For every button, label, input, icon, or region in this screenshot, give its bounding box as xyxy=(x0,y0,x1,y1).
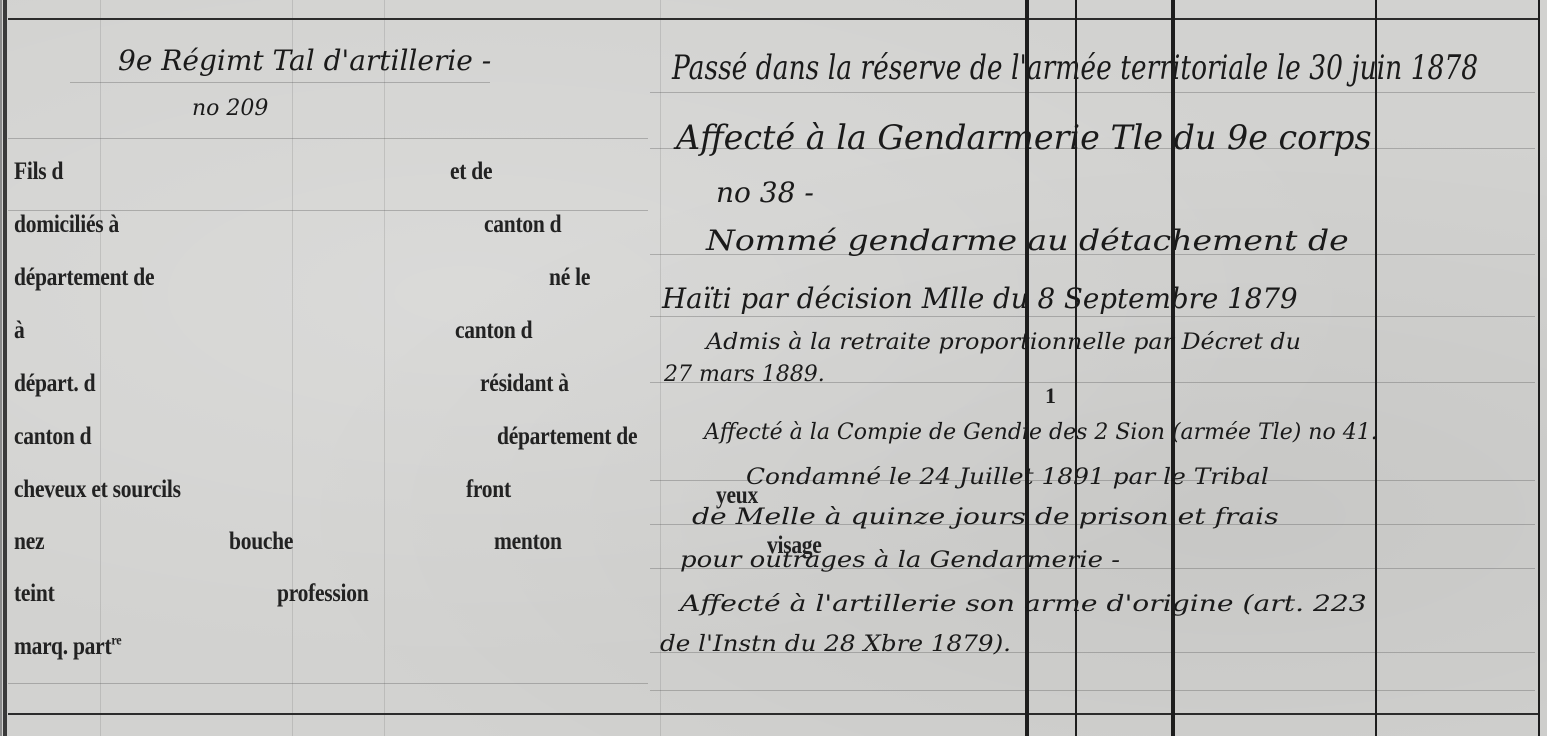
label-departement-de: département de xyxy=(14,264,154,292)
faint-column-guide xyxy=(384,0,385,736)
page-edge xyxy=(0,0,2,736)
regiment-handwritten: 9e Régimt Tal d'artillerie - xyxy=(118,44,491,77)
label-departement-de: département de xyxy=(497,423,637,451)
label-profession: profession xyxy=(277,580,368,608)
annotation-line: no 38 - xyxy=(716,176,814,209)
label-domicilies-a: domiciliés à xyxy=(14,211,119,239)
label-bouche: bouche xyxy=(229,528,293,556)
column-divider xyxy=(1075,0,1077,736)
annotation-line: de l'Instn du 28 Xbre 1879). xyxy=(660,632,1011,657)
annotation-line: Passé dans la réserve de l'armée territo… xyxy=(672,48,1478,88)
annotation-line: de Melle à quinze jours de prison et fra… xyxy=(692,505,1279,530)
label-residant-a: résidant à xyxy=(480,370,569,398)
annotation-line: Haïti par décision Mlle du 8 Septembre 1… xyxy=(662,282,1298,315)
label-canton-d: canton d xyxy=(484,211,561,239)
column-marker: 1 xyxy=(1045,383,1056,409)
label-marques-particulieres: marq. partre xyxy=(14,633,121,661)
annotation-line: Nommé gendarme au détachement de xyxy=(706,224,1349,257)
column-divider xyxy=(1025,0,1029,736)
annotation-line: 27 mars 1889. xyxy=(664,362,825,387)
label-teint: teint xyxy=(14,580,55,608)
left-margin-rule xyxy=(3,0,7,736)
label-canton-d: canton d xyxy=(455,317,532,345)
label-menton: menton xyxy=(494,528,562,556)
label-nez: nez xyxy=(14,528,44,556)
column-divider xyxy=(1538,0,1540,736)
annotation-line: pour outrages à la Gendarmerie - xyxy=(680,548,1120,573)
annotation-line: Affecté à la Compie de Gendie des 2 Sion… xyxy=(704,420,1378,445)
writing-guide-line xyxy=(650,92,1535,93)
label-ne-le: né le xyxy=(549,264,590,292)
annotation-line: Admis à la retraite proportionnelle par … xyxy=(706,330,1301,355)
faint-column-guide xyxy=(660,0,661,736)
writing-guide-line xyxy=(8,138,648,139)
writing-guide-line xyxy=(8,683,648,684)
column-divider xyxy=(1171,0,1175,736)
annotation-line: Affecté à la Gendarmerie Tle du 9e corps xyxy=(676,118,1372,158)
label-marq-part-text: marq. part xyxy=(14,633,111,660)
writing-guide-line xyxy=(70,82,490,83)
top-rule xyxy=(8,18,1538,20)
register-number-handwritten: no 209 xyxy=(192,96,268,121)
writing-guide-line xyxy=(650,690,1535,691)
label-fils-d: Fils d xyxy=(14,158,63,186)
label-depart-d: départ. d xyxy=(14,370,95,398)
label-canton-d: canton d xyxy=(14,423,91,451)
annotation-line: Affecté à l'artillerie son arme d'origin… xyxy=(680,592,1367,617)
label-et-de: et de xyxy=(450,158,492,186)
annotation-line: Condamné le 24 Juillet 1891 par le Triba… xyxy=(746,465,1269,490)
label-front: front xyxy=(466,476,511,504)
writing-guide-line xyxy=(650,316,1535,317)
faint-column-guide xyxy=(292,0,293,736)
label-cheveux-sourcils: cheveux et sourcils xyxy=(14,476,181,504)
faint-column-guide xyxy=(100,0,101,736)
label-marq-part-superscript: re xyxy=(111,634,121,649)
column-divider xyxy=(1375,0,1377,736)
bottom-rule xyxy=(8,713,1538,715)
label-a: à xyxy=(14,317,24,345)
